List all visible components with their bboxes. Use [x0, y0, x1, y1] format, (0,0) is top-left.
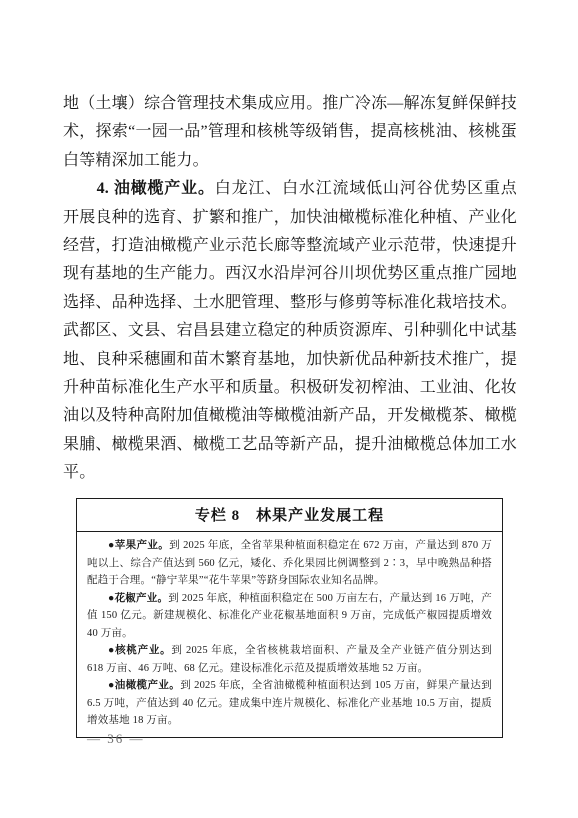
box-item-walnut-industry: ●核桃产业。到 2025 年底，全省核桃栽培面积、产量及全产业链产值分别达到 6… — [87, 642, 492, 677]
box-item-lead: ●核桃产业。 — [108, 645, 171, 656]
document-body: 地（土壤）综合管理技术集成应用。推广冷冻—解冻复鲜保鲜技术，探索“一园一品”管理… — [63, 90, 517, 488]
box-item-olive-industry: ●油橄榄产业。到 2025 年底，全省油橄榄种植面积达到 105 万亩，鲜果产量… — [87, 677, 492, 730]
feature-box-column-8: 专栏 8 林果产业发展工程 ●苹果产业。到 2025 年底，全省苹果种植面积稳定… — [76, 498, 503, 738]
box-item-apple-industry: ●苹果产业。到 2025 年底，全省苹果种植面积稳定在 672 万亩，产量达到 … — [87, 537, 492, 590]
feature-box-body: ●苹果产业。到 2025 年底，全省苹果种植面积稳定在 672 万亩，产量达到 … — [77, 532, 502, 737]
paragraph-text: 白龙江、白水江流域低山河谷优势区重点开展良种的选育、扩繁和推广，加快油橄榄标准化… — [63, 180, 517, 481]
body-paragraph-continuation: 地（土壤）综合管理技术集成应用。推广冷冻—解冻复鲜保鲜技术，探索“一园一品”管理… — [63, 90, 517, 175]
paragraph-lead: 4. 油橄榄产业。 — [97, 180, 215, 197]
box-item-lead: ●花椒产业。 — [108, 593, 168, 604]
body-paragraph-olive-industry: 4. 油橄榄产业。白龙江、白水江流域低山河谷优势区重点开展良种的选育、扩繁和推广… — [63, 175, 517, 487]
box-item-lead: ●油橄榄产业。 — [108, 680, 180, 691]
feature-box-title: 专栏 8 林果产业发展工程 — [77, 499, 502, 532]
box-item-pepper-industry: ●花椒产业。到 2025 年底，种植面积稳定在 500 万亩左右，产量达到 16… — [87, 590, 492, 643]
box-item-lead: ●苹果产业。 — [108, 540, 169, 551]
paragraph-text: 地（土壤）综合管理技术集成应用。推广冷冻—解冻复鲜保鲜技术，探索“一园一品”管理… — [63, 95, 517, 169]
page-number: — 36 — — [87, 731, 145, 747]
